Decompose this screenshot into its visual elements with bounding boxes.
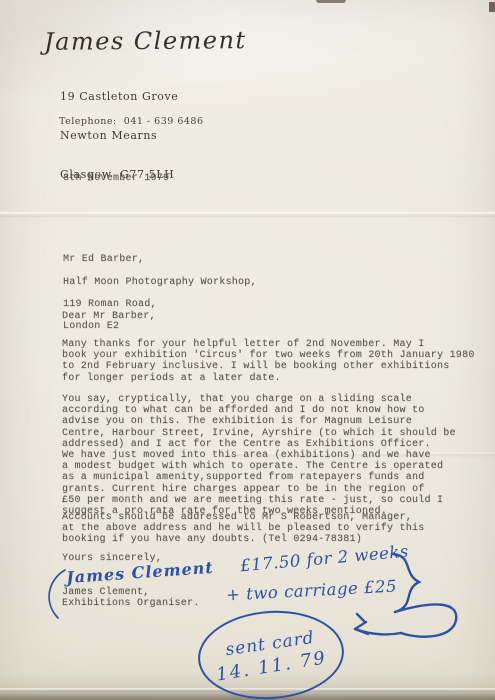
handwritten-circle-annotation: sent card 14. 11. 79 <box>195 606 347 700</box>
scanned-letter-page: James Clement 19 Castleton Grove Newton … <box>0 0 495 700</box>
handwritten-brace-and-arrow-doodle <box>335 540 495 650</box>
letterhead-telephone: Telephone: 041 - 639 6486 <box>59 116 204 127</box>
body-paragraph-2: You say, cryptically, that you charge on… <box>62 394 456 517</box>
recipient-address-block: Mr Ed Barber, Half Moon Photography Work… <box>63 243 257 344</box>
letter-date: 8th November 1979 <box>63 173 169 184</box>
paper-edge-shadow <box>489 2 495 12</box>
letterhead-name-script: James Clement <box>44 26 247 56</box>
recipient-line-2: Half Moon Photography Workshop, <box>63 277 257 288</box>
recipient-line-4: London E2 <box>63 321 257 332</box>
paper-fold-crease-top <box>0 212 495 218</box>
letterhead-address-line-2: Newton Mearns <box>60 129 178 142</box>
paper-edge-notch <box>316 0 346 3</box>
recipient-line-3: 119 Roman Road, <box>63 299 257 310</box>
salutation: Dear Mr Barber, <box>62 311 156 322</box>
signer-typed-title: Exhibitions Organiser. <box>62 598 200 609</box>
letterhead-address-line-1: 19 Castleton Grove <box>60 90 178 103</box>
recipient-line-1: Mr Ed Barber, <box>63 254 257 265</box>
signer-typed-name: James Clement, <box>62 587 150 598</box>
letterhead-address: 19 Castleton Grove Newton Mearns Glasgow… <box>60 64 178 207</box>
body-paragraph-1: Many thanks for your helpful letter of 2… <box>62 339 475 384</box>
